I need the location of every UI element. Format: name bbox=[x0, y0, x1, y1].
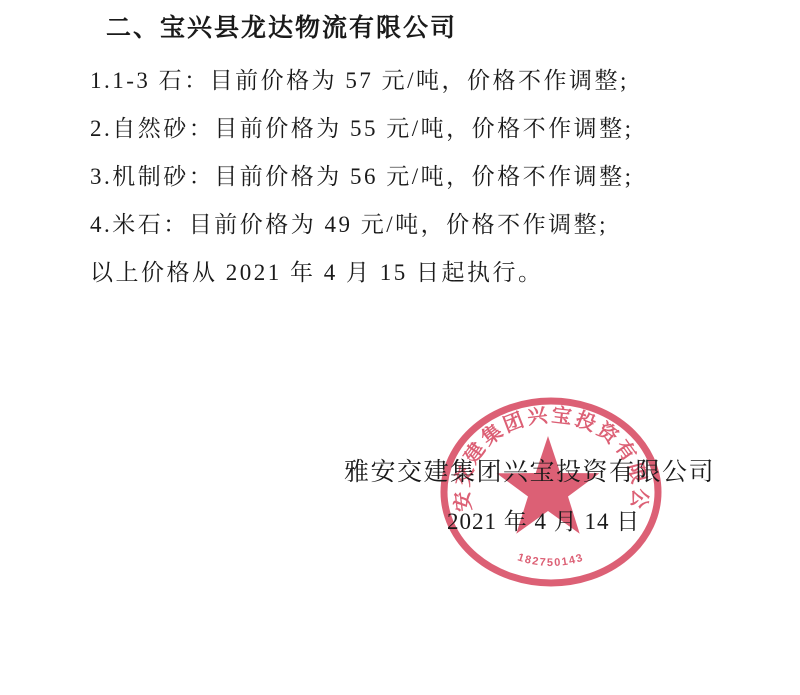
section-heading: 二、宝兴县龙达物流有限公司 bbox=[106, 8, 457, 44]
company-seal-stamp: 雅安交建集团兴宝投资有限公司 5118275014388 bbox=[438, 396, 664, 588]
price-item-2: 2.自然砂：目前价格为 55 元/吨，价格不作调整; bbox=[90, 110, 634, 143]
price-item-3: 3.机制砂：目前价格为 56 元/吨，价格不作调整; bbox=[90, 158, 634, 191]
document-page: 二、宝兴县龙达物流有限公司 1.1-3 石：目前价格为 57 元/吨，价格不作调… bbox=[0, 0, 800, 695]
effective-date-line: 以上价格从 2021 年 4 月 15 日起执行。 bbox=[90, 254, 544, 287]
price-item-1: 1.1-3 石：目前价格为 57 元/吨，价格不作调整; bbox=[90, 62, 629, 95]
signature-date: 2021 年 4 月 14 日 bbox=[447, 503, 640, 536]
signature-company: 雅安交建集团兴宝投资有限公司 bbox=[344, 452, 715, 488]
price-item-4: 4.米石：目前价格为 49 元/吨，价格不作调整; bbox=[90, 206, 608, 239]
